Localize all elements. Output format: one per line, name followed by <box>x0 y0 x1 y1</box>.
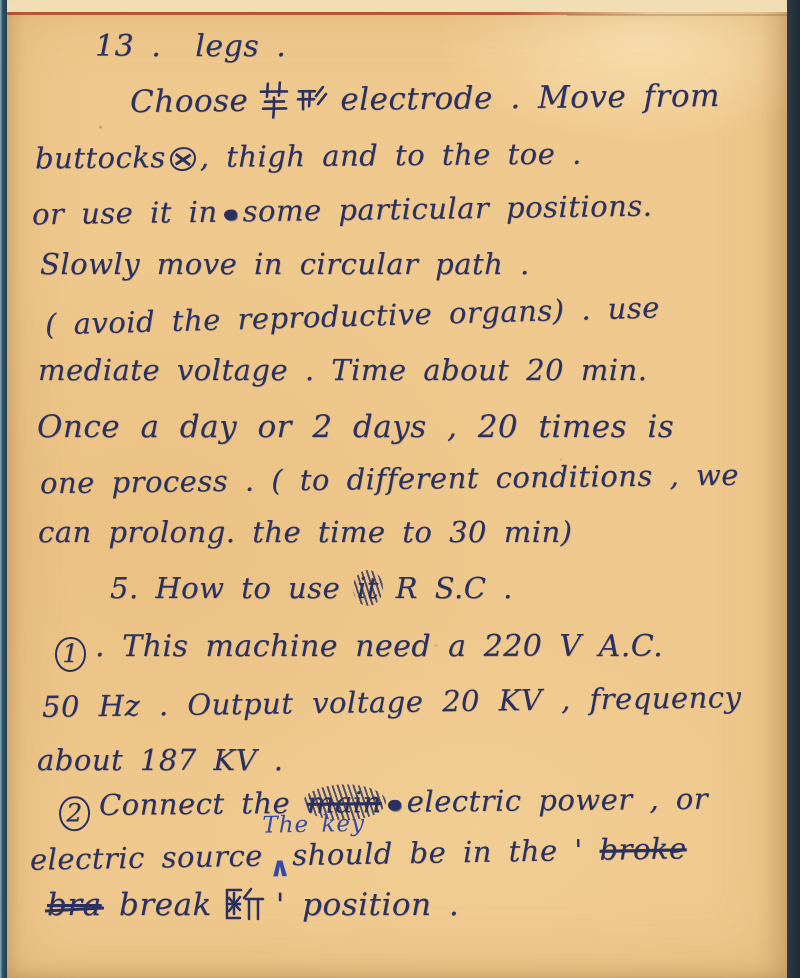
line-text: legs . <box>195 29 286 64</box>
line-text: Once a day or 2 days , 20 times is <box>37 409 674 445</box>
handwritten-line-6: ( avoid the reproductive organs) . use <box>45 291 661 342</box>
struck-out-word: broke <box>599 831 687 867</box>
line-text: ( avoid the reproductive organs) . use <box>45 290 661 341</box>
line-text: some particular positions. <box>242 189 652 229</box>
line-text: 5. How to use <box>110 571 340 605</box>
inserted-text-the-key: The key <box>262 811 365 839</box>
circled-number-2: 2 <box>59 796 90 831</box>
line-text: or use it in <box>32 195 218 232</box>
line-text: mediate voltage . Time about 20 min. <box>38 353 647 387</box>
handwritten-line-7: mediate voltage . Time about 20 min. <box>38 354 647 387</box>
handwritten-line-4: or use it insome particular positions. <box>32 190 653 232</box>
notebook-paper: 13 .legs . Chooseelectrode . Move from b… <box>7 0 787 978</box>
chinese-character-break <box>221 884 267 924</box>
line-text: buttocks <box>35 140 166 175</box>
paper-top-edge <box>7 0 787 12</box>
line-text: , thigh and to the toe . <box>200 137 582 174</box>
handwritten-line-15: 2Connect the mainelectric power , or <box>59 783 709 832</box>
handwritten-line-16: electric source∧The keyshould be in the … <box>30 832 687 888</box>
line-text: electrode . Move from <box>340 78 720 118</box>
struck-out-word: bra <box>47 887 102 923</box>
line-text: electric source <box>30 839 263 877</box>
handwritten-line-14: about 187 KV . <box>37 744 283 777</box>
line-text: about 187 KV . <box>37 743 283 777</box>
handwritten-line-12: 1. This machine need a 220 V A.C. <box>55 630 663 672</box>
ink-dot-mark <box>388 800 401 811</box>
line-text: break <box>119 887 212 923</box>
item-number: 13 . <box>95 29 161 64</box>
caret-insertion-mark: ∧ <box>269 852 292 883</box>
scribbled-out-word: it <box>357 571 379 605</box>
handwritten-line-8: Once a day or 2 days , 20 times is <box>37 410 674 446</box>
left-binding-edge <box>0 0 7 978</box>
handwritten-line-9: one process . ( to different conditions … <box>40 459 739 501</box>
line-text: Choose <box>130 83 249 120</box>
handwritten-line-17: bra break' position . <box>47 884 459 924</box>
handwritten-line-2: Chooseelectrode . Move from <box>130 75 720 121</box>
line-text: R S.C . <box>396 571 513 605</box>
handwritten-line-1: 13 .legs . <box>95 30 286 65</box>
ink-dot-mark <box>224 209 237 220</box>
line-text: ' position . <box>276 887 459 923</box>
line-text: should be in the ' <box>292 833 583 872</box>
red-margin-line <box>7 12 652 15</box>
line-text: . This machine need a 220 V A.C. <box>95 629 663 664</box>
handwritten-line-11: 5. How to use it R S.C . <box>110 572 513 605</box>
line-text: 50 Hz . Output voltage 20 KV , frequency <box>42 680 742 724</box>
line-text: electric power , or <box>407 782 709 819</box>
line-text: can prolong. the time to 30 min) <box>38 515 572 549</box>
right-page-edge <box>787 0 800 978</box>
chinese-characters-electrode-shape <box>257 79 331 120</box>
handwritten-line-3: buttocks, thigh and to the toe . <box>35 138 582 176</box>
line-text: one process . ( to different conditions … <box>40 458 739 501</box>
circled-number-1: 1 <box>55 637 86 672</box>
handwritten-line-13: 50 Hz . Output voltage 20 KV , frequency <box>42 681 742 724</box>
handwritten-line-5: Slowly move in circular path . <box>40 248 530 281</box>
line-text: Slowly move in circular path . <box>40 247 530 281</box>
handwritten-line-10: can prolong. the time to 30 min) <box>38 516 572 549</box>
scribbled-out-circle-mark <box>170 147 196 171</box>
fold-crease-line <box>567 14 787 16</box>
